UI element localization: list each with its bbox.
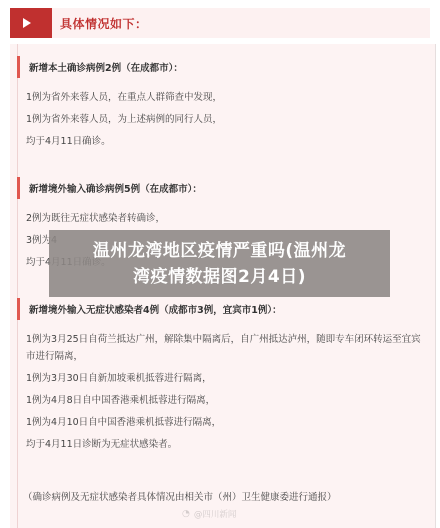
section-title: 新增境外输入确诊病例5例（在成都市）： xyxy=(29,181,202,195)
section-title: 新增境外输入无症状感染者4例（成都市3例，宜宾市1例）： xyxy=(29,302,282,316)
section-body: 1例为3月25日自荷兰抵达广州，解除集中隔离后，自广州抵达泸州，随即专车闭环转运… xyxy=(17,329,427,456)
header-title: 具体情况如下： xyxy=(60,15,148,32)
footnote: （确诊病例及无症状感染者具体情况由相关市（州）卫生健康委进行通报） xyxy=(23,489,337,503)
body-line: 1例为省外来蓉人员，为上述病例的同行人员， xyxy=(26,109,427,131)
body-line: 1例为省外来蓉人员，在重点人群筛查中发现， xyxy=(26,87,427,109)
title-overlay-banner: 温州龙湾地区疫情严重吗(温州龙 湾疫情数据图2月4日) xyxy=(49,230,390,297)
body-line: 1例为3月30日自新加坡乘机抵蓉进行隔离， xyxy=(26,368,427,390)
overlay-title-line: 湾疫情数据图2月4日) xyxy=(133,264,306,290)
body-line: 1例为4月8日自中国香港乘机抵蓉进行隔离， xyxy=(26,390,427,412)
body-line: 均于4月11日确诊。 xyxy=(26,131,427,153)
section-imported-asymptomatic: 新增境外输入无症状感染者4例（成都市3例，宜宾市1例）： 1例为3月25日自荷兰… xyxy=(17,298,427,456)
weibo-icon: ◔ xyxy=(182,509,190,519)
overlay-title-line: 温州龙湾地区疫情严重吗(温州龙 xyxy=(93,238,346,264)
header-badge xyxy=(10,8,52,38)
section-body: 1例为省外来蓉人员，在重点人群筛查中发现， 1例为省外来蓉人员，为上述病例的同行… xyxy=(17,87,427,153)
section-heading: 新增境外输入无症状感染者4例（成都市3例，宜宾市1例）： xyxy=(17,298,427,320)
body-line: 1例为4月10日自中国香港乘机抵蓉进行隔离， xyxy=(26,412,427,434)
body-line: 1例为3月25日自荷兰抵达广州，解除集中隔离后，自广州抵达泸州，随即专车闭环转运… xyxy=(26,329,426,368)
section-local-confirmed: 新增本土确诊病例2例（在成都市）： 1例为省外来蓉人员，在重点人群筛查中发现， … xyxy=(17,56,427,153)
section-accent-bar xyxy=(17,56,20,78)
watermark-text: @四川新闻 xyxy=(194,508,237,520)
body-line: 2例为既往无症状感染者转确诊， xyxy=(26,208,427,230)
section-heading: 新增本土确诊病例2例（在成都市）： xyxy=(17,56,427,78)
section-accent-bar xyxy=(17,298,20,320)
section-heading: 新增境外输入确诊病例5例（在成都市）： xyxy=(17,177,427,199)
section-title: 新增本土确诊病例2例（在成都市）： xyxy=(29,60,183,74)
body-line: 均于4月11日诊断为无症状感染者。 xyxy=(26,434,427,456)
play-triangle-icon xyxy=(23,18,31,28)
section-accent-bar xyxy=(17,177,20,199)
section-header: 具体情况如下： xyxy=(10,8,430,38)
watermark: ◔ @四川新闻 xyxy=(182,508,236,520)
